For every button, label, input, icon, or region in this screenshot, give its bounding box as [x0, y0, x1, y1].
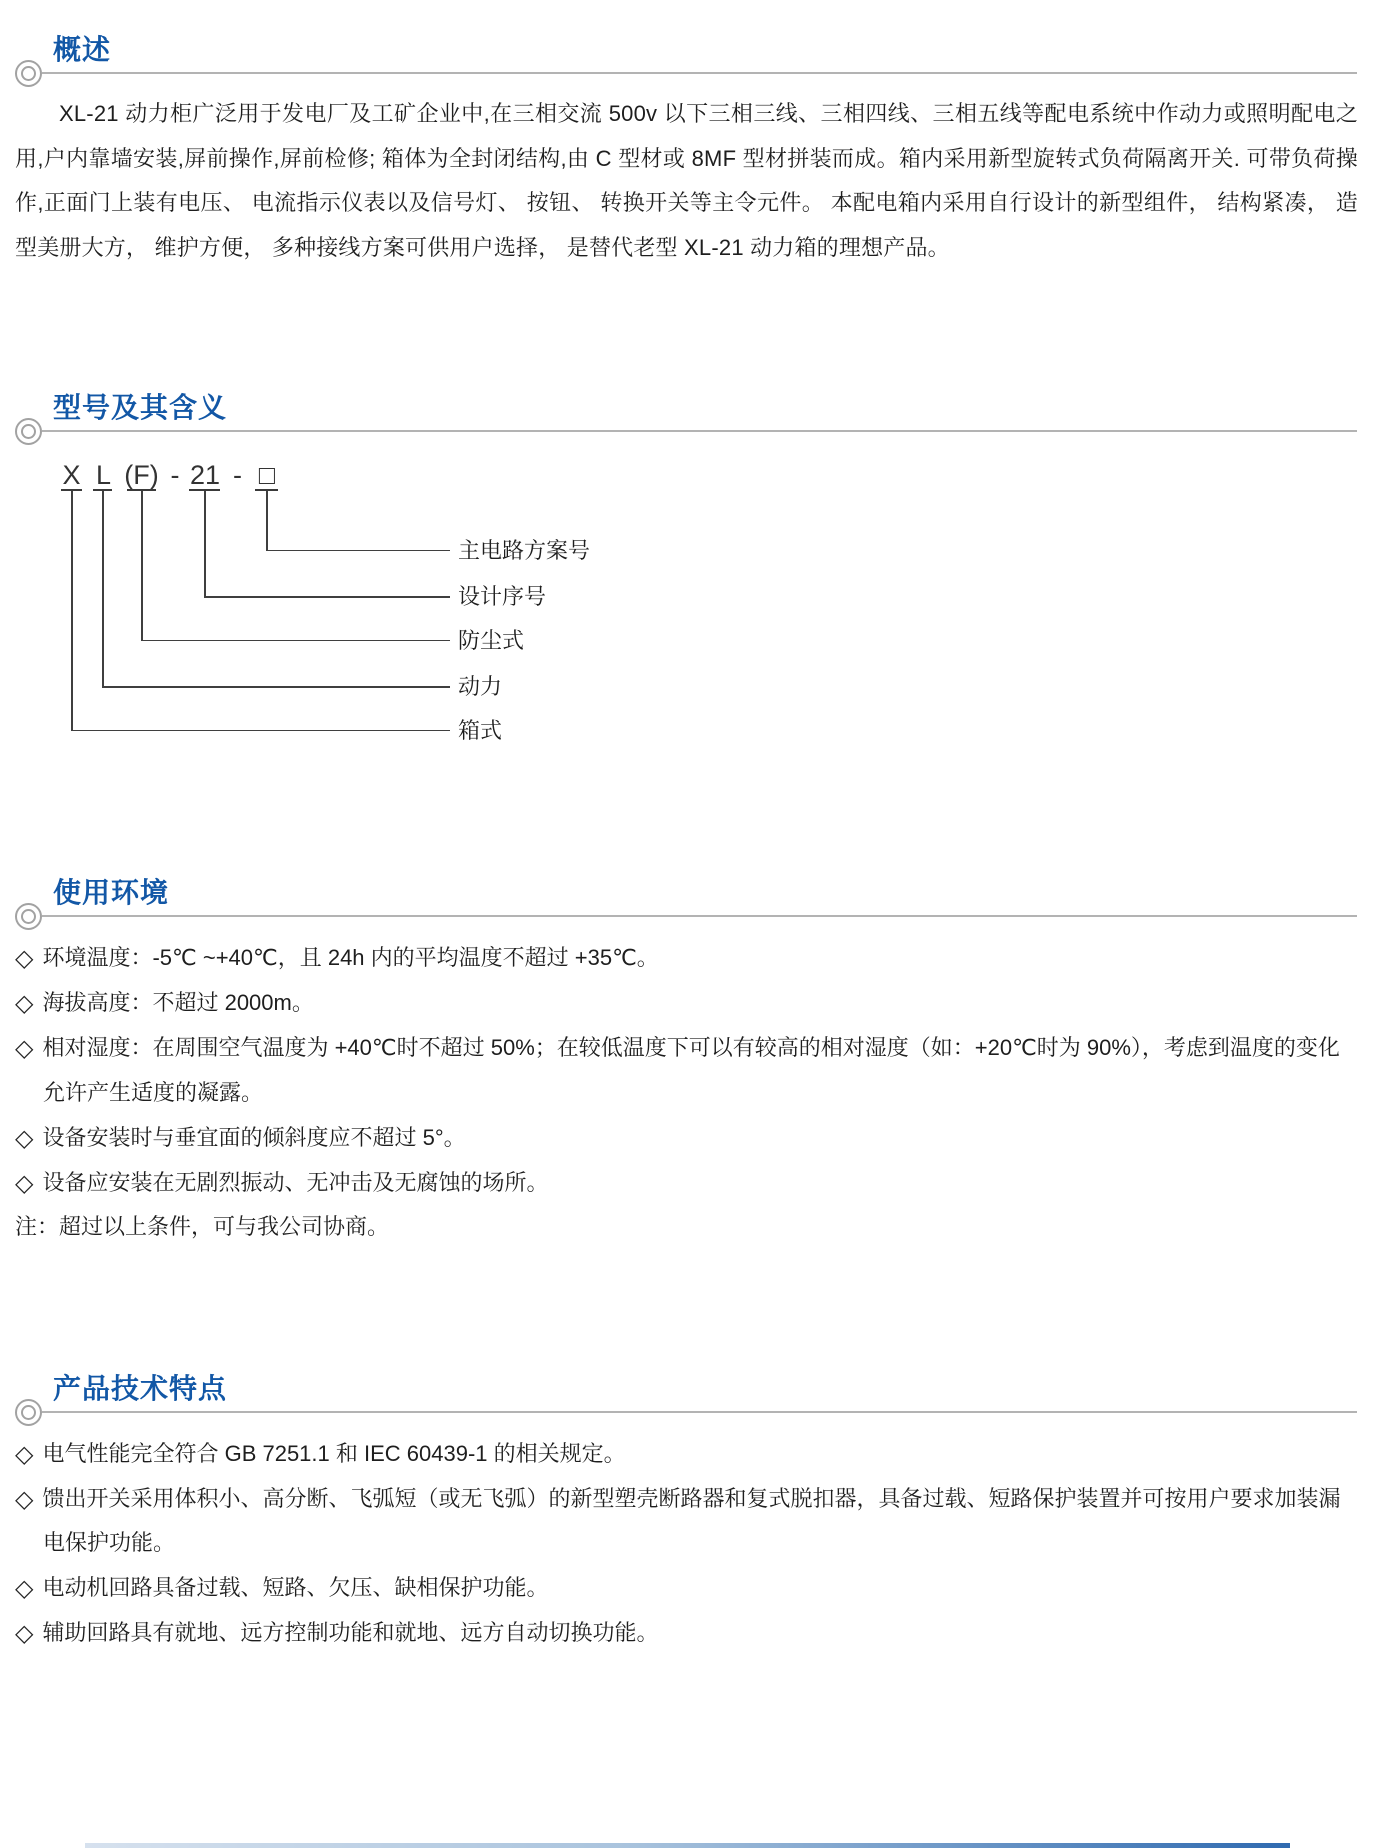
diamond-bullet-icon: ◇ — [15, 988, 33, 1020]
note-text: 注：超过以上条件，可与我公司协商。 — [15, 1214, 389, 1239]
model-token: 21 — [190, 459, 220, 491]
model-label: 主电路方案号 — [458, 535, 590, 567]
model-connector-line — [266, 550, 450, 552]
model-connector-line — [266, 491, 268, 551]
model-token: (F) — [124, 459, 158, 491]
model-connector-line — [141, 491, 143, 641]
list-item-continuation: 电保护功能。 — [43, 1527, 175, 1559]
note-line: 注：超过以上条件，可与我公司协商。 — [15, 1211, 389, 1243]
list-item: ◇电动机回路具备过载、短路、欠压、缺相保护功能。 — [15, 1572, 548, 1604]
section-rule — [42, 915, 1357, 917]
list-item-text: 海拔高度：不超过 2000m。 — [42, 990, 313, 1015]
model-connector-line — [71, 730, 450, 732]
overview-paragraph: XL-21 动力柜广泛用于发电厂及工矿企业中,在三相交流 500v 以下三相三线… — [15, 92, 1358, 270]
model-token: X — [62, 459, 80, 491]
list-item-text: 馈出开关采用体积小、高分断、飞弧短（或无飞弧）的新型塑壳断路器和复式脱扣器，具备… — [42, 1486, 1340, 1511]
model-connector-line — [102, 686, 450, 688]
list-item: ◇馈出开关采用体积小、高分断、飞弧短（或无飞弧）的新型塑壳断路器和复式脱扣器，具… — [15, 1483, 1340, 1515]
section-title-model: 型号及其含义 — [53, 391, 227, 425]
model-label: 防尘式 — [458, 625, 524, 657]
model-connector-line — [71, 491, 73, 731]
diamond-bullet-icon: ◇ — [15, 1618, 33, 1650]
diamond-bullet-icon: ◇ — [15, 1439, 33, 1471]
section-marker-ring-icon — [21, 909, 36, 924]
list-item-text: 设备应安装在无剧烈振动、无冲击及无腐蚀的场所。 — [42, 1170, 548, 1195]
section-title-features: 产品技术特点 — [53, 1372, 227, 1406]
model-token: - — [171, 459, 180, 491]
model-token: L — [96, 459, 111, 491]
list-item: ◇海拔高度：不超过 2000m。 — [15, 987, 314, 1019]
diamond-bullet-icon: ◇ — [15, 1123, 33, 1155]
list-item-text: 辅助回路具有就地、远方控制功能和就地、远方自动切换功能。 — [42, 1620, 658, 1645]
list-item-text: 允许产生适度的凝露。 — [43, 1080, 263, 1105]
list-item-continuation: 允许产生适度的凝露。 — [43, 1077, 263, 1109]
model-connector-line — [204, 491, 206, 598]
list-item-text: 设备安装时与垂宜面的倾斜度应不超过 5°。 — [42, 1125, 465, 1150]
section-marker-ring-icon — [21, 66, 36, 81]
list-item-text: 电气性能完全符合 GB 7251.1 和 IEC 60439-1 的相关规定。 — [42, 1441, 625, 1466]
section-rule — [42, 72, 1357, 74]
list-item-text: 电动机回路具备过载、短路、欠压、缺相保护功能。 — [42, 1575, 548, 1600]
list-item: ◇环境温度：-5℃ ~+40℃，且 24h 内的平均温度不超过 +35℃。 — [15, 942, 659, 974]
section-marker-ring-icon — [21, 424, 36, 439]
list-item-text: 环境温度：-5℃ ~+40℃，且 24h 内的平均温度不超过 +35℃。 — [42, 945, 658, 970]
diamond-bullet-icon: ◇ — [15, 943, 33, 975]
model-connector-line — [204, 596, 450, 598]
section-rule — [42, 1411, 1357, 1413]
list-item: ◇设备安装时与垂宜面的倾斜度应不超过 5°。 — [15, 1122, 466, 1154]
diamond-bullet-icon: ◇ — [15, 1168, 33, 1200]
diamond-bullet-icon: ◇ — [15, 1033, 33, 1065]
list-item: ◇辅助回路具有就地、远方控制功能和就地、远方自动切换功能。 — [15, 1617, 658, 1649]
footer-accent-bar — [85, 1843, 1290, 1848]
list-item: ◇相对湿度：在周围空气温度为 +40℃时不超过 50%；在较低温度下可以有较高的… — [15, 1032, 1340, 1064]
model-label: 箱式 — [458, 715, 502, 747]
list-item: ◇设备应安装在无剧烈振动、无冲击及无腐蚀的场所。 — [15, 1167, 548, 1199]
section-title-overview: 概述 — [53, 33, 111, 67]
diamond-bullet-icon: ◇ — [15, 1484, 33, 1516]
section-title-environment: 使用环境 — [53, 876, 169, 910]
model-connector-line — [102, 491, 104, 688]
list-item: ◇电气性能完全符合 GB 7251.1 和 IEC 60439-1 的相关规定。 — [15, 1438, 626, 1470]
model-token: □ — [259, 459, 275, 491]
model-label: 动力 — [458, 671, 502, 703]
section-rule — [42, 430, 1357, 432]
section-marker-ring-icon — [21, 1405, 36, 1420]
list-item-text: 电保护功能。 — [43, 1530, 175, 1555]
document-page: 概述 XL-21 动力柜广泛用于发电厂及工矿企业中,在三相交流 500v 以下三… — [0, 0, 1373, 1848]
diamond-bullet-icon: ◇ — [15, 1573, 33, 1605]
model-connector-line — [141, 640, 450, 642]
list-item-text: 相对湿度：在周围空气温度为 +40℃时不超过 50%；在较低温度下可以有较高的相… — [42, 1035, 1339, 1060]
model-label: 设计序号 — [458, 581, 546, 613]
model-token: - — [233, 459, 242, 491]
